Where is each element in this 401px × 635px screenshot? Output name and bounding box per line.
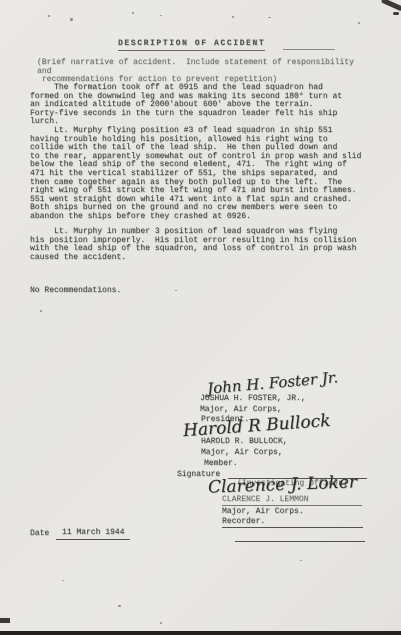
- scan-speck: [268, 17, 271, 18]
- scan-speck: [160, 622, 162, 624]
- scan-speck: [132, 12, 134, 14]
- recorder-rank: Major, Air Corps.: [222, 508, 304, 517]
- instructions-note: (Brief narrative of accident. Include st…: [37, 59, 367, 85]
- scan-speck: [300, 560, 302, 561]
- blank-signature-line: [235, 541, 365, 543]
- scan-speck: [358, 22, 360, 24]
- scan-bottom-strip: [0, 631, 401, 635]
- title-rule: [283, 48, 335, 50]
- member-rank: Major, Air Corps,: [201, 449, 283, 458]
- responsibility-paragraph: Lt. Murphy in number 3 position of lead …: [30, 228, 375, 262]
- scan-speck: [175, 290, 177, 291]
- scan-speck: [345, 480, 347, 482]
- member-role: Member.: [204, 460, 238, 469]
- scan-speck: [40, 310, 42, 312]
- narrative-paragraph-1: The formation took off at 0915 and the l…: [30, 84, 370, 127]
- scan-speck: [210, 160, 212, 162]
- scan-speck: [160, 15, 162, 16]
- date-value: 11 March 1944: [56, 529, 130, 540]
- narrative-paragraph-2: Lt. Murphy flying position #3 of lead sq…: [30, 127, 375, 222]
- scan-corner-mark: [381, 0, 401, 11]
- member-typed-name: HAROLD R. BULLOCK,: [201, 438, 287, 447]
- president-rank: Major, Air Corps,: [200, 406, 282, 415]
- no-recommendations-line: No Recommendations.: [30, 287, 121, 296]
- recorder-typed-name: CLARENCE J. LEMMON: [222, 496, 362, 506]
- accident-report-page: DESCRIPTION OF ACCIDENT (Brief narrative…: [0, 0, 401, 635]
- scan-speck: [118, 605, 121, 607]
- recorder-signature-handwriting: Clarence J. Loker: [208, 472, 358, 497]
- document-title: DESCRIPTION OF ACCIDENT: [118, 40, 265, 51]
- scan-speck: [62, 580, 64, 581]
- recorder-role: Recorder.: [222, 518, 363, 528]
- date-label: Date: [30, 530, 49, 539]
- scan-speck: [232, 16, 234, 18]
- scan-speck: [70, 18, 73, 21]
- president-typed-name: JOSHUA H. FOSTER, JR.,: [200, 395, 306, 404]
- scan-speck: [48, 15, 50, 17]
- scan-edge-mark: [0, 618, 10, 623]
- scan-corner-speck: [393, 12, 399, 15]
